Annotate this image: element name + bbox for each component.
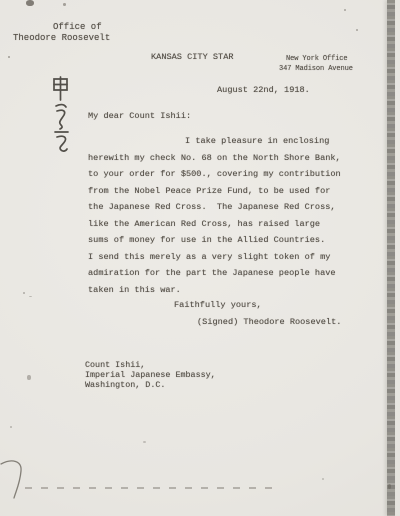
- scan-speckle: [322, 478, 324, 480]
- scan-speckle: [344, 9, 346, 11]
- body-line: taken in this war.: [88, 282, 341, 299]
- letterhead-branch-line2: 347 Madison Avenue: [279, 64, 353, 74]
- scan-speckle: [23, 292, 25, 294]
- letter-date: August 22nd, 1918.: [217, 85, 310, 95]
- body-line: to your order for $500., covering my con…: [88, 166, 341, 183]
- recipient-city: Washington, D.C.: [85, 380, 216, 390]
- body-line: I take pleasure in enclosing: [88, 133, 341, 150]
- letterhead-branch-line1: New York Office: [286, 54, 348, 64]
- letterhead-masthead: KANSAS CITY STAR: [151, 52, 234, 62]
- scan-edge-shadow: [387, 0, 395, 516]
- body-line: I send this merely as a very slight toke…: [88, 249, 341, 266]
- body-line: herewith my check No. 68 on the North Sh…: [88, 150, 341, 167]
- body-line: the Japanese Red Cross. The Japanese Red…: [88, 199, 341, 216]
- scan-speckle: [27, 375, 31, 380]
- recipient-name: Count Ishii,: [85, 360, 216, 370]
- scan-speckle: [356, 29, 358, 31]
- scan-speckle: [63, 3, 66, 6]
- recipient-address-block: Count Ishii, Imperial Japanese Embassy, …: [85, 360, 216, 391]
- scan-speckle: [143, 441, 146, 443]
- body-line: like the American Red Cross, has raised …: [88, 216, 341, 233]
- scan-speckle: [8, 56, 10, 58]
- letter-body: I take pleasure in enclosing herewith my…: [88, 133, 341, 298]
- handwritten-kanji-annotation: [48, 76, 74, 152]
- scan-speckle: [26, 0, 34, 6]
- body-line: admiration for the part the Japanese peo…: [88, 265, 341, 282]
- body-line: from the Nobel Peace Prize Fund, to be u…: [88, 183, 341, 200]
- scan-speckle: [29, 296, 32, 297]
- letter-closing: Faithfully yours,: [174, 300, 262, 310]
- scanned-letter-page: Office of Theodore Roosevelt KANSAS CITY…: [0, 0, 400, 516]
- body-line: sums of money for use in the Allied Coun…: [88, 232, 341, 249]
- scan-smudge-line: [25, 487, 275, 489]
- letter-salutation: My dear Count Ishii:: [88, 111, 191, 121]
- letterhead-office-line1: Office of: [53, 22, 102, 32]
- scan-speckle: [10, 426, 12, 428]
- letterhead-office-line2: Theodore Roosevelt: [13, 33, 110, 43]
- recipient-org: Imperial Japanese Embassy,: [85, 370, 216, 380]
- letter-signature: (Signed) Theodore Roosevelt.: [197, 317, 341, 327]
- scan-speckle: [388, 484, 391, 489]
- pen-mark-bottom-left: [0, 455, 30, 500]
